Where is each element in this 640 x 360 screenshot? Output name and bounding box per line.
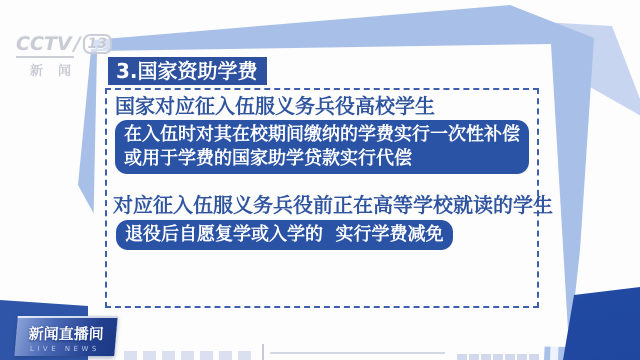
watermark-underline	[16, 56, 74, 58]
section-1-detail-line-2: 或用于学费的国家助学贷款实行代偿	[124, 147, 520, 171]
ticker-divider	[262, 344, 264, 360]
section-1-detail-line-1: 在入伍时对其在校期间缴纳的学费实行一次性补偿	[124, 123, 520, 147]
card-title: 3.国家资助学费	[116, 59, 258, 83]
channel-number-badge: 13	[83, 34, 112, 54]
broadcast-frame: 3.国家资助学费 国家对应征入伍服义务兵役高校学生 在入伍时对其在校期间缴纳的学…	[0, 0, 640, 360]
channel-name-text: 新闻	[30, 60, 106, 79]
ticker-placeholder-blocks-left	[124, 351, 251, 360]
channel-watermark: CCTV / 13 新闻	[16, 33, 106, 73]
program-title: 新闻直播间	[16, 323, 117, 344]
program-logo-banner: 新闻直播间 LIVE NEWS	[14, 316, 117, 356]
card-title-bar: 3.国家资助学费	[108, 57, 267, 85]
section-2-detail-line-1: 退役后自愿复学或入学的 实行学费减免	[125, 223, 444, 247]
ticker-placeholder-blocks-right	[457, 354, 539, 360]
ticker-placeholder-line	[270, 352, 445, 354]
cctv-logo-text: CCTV	[16, 33, 72, 55]
section-2-highlight-box: 退役后自愿复学或入学的 实行学费减免	[116, 220, 453, 250]
section-2-heading: 对应征入伍服义务兵役前正在高等学校就读的学生	[113, 194, 537, 216]
program-subtitle: LIVE NEWS	[15, 345, 115, 353]
section-1-heading: 国家对应征入伍服义务兵役高校学生	[115, 95, 537, 117]
cctv-logo-slash: /	[74, 33, 81, 55]
section-1-highlight-box: 在入伍时对其在校期间缴纳的学费实行一次性补偿 或用于学费的国家助学贷款实行代偿	[115, 120, 529, 174]
dashed-content-box: 国家对应征入伍服义务兵役高校学生 在入伍时对其在校期间缴纳的学费实行一次性补偿 …	[105, 88, 539, 308]
